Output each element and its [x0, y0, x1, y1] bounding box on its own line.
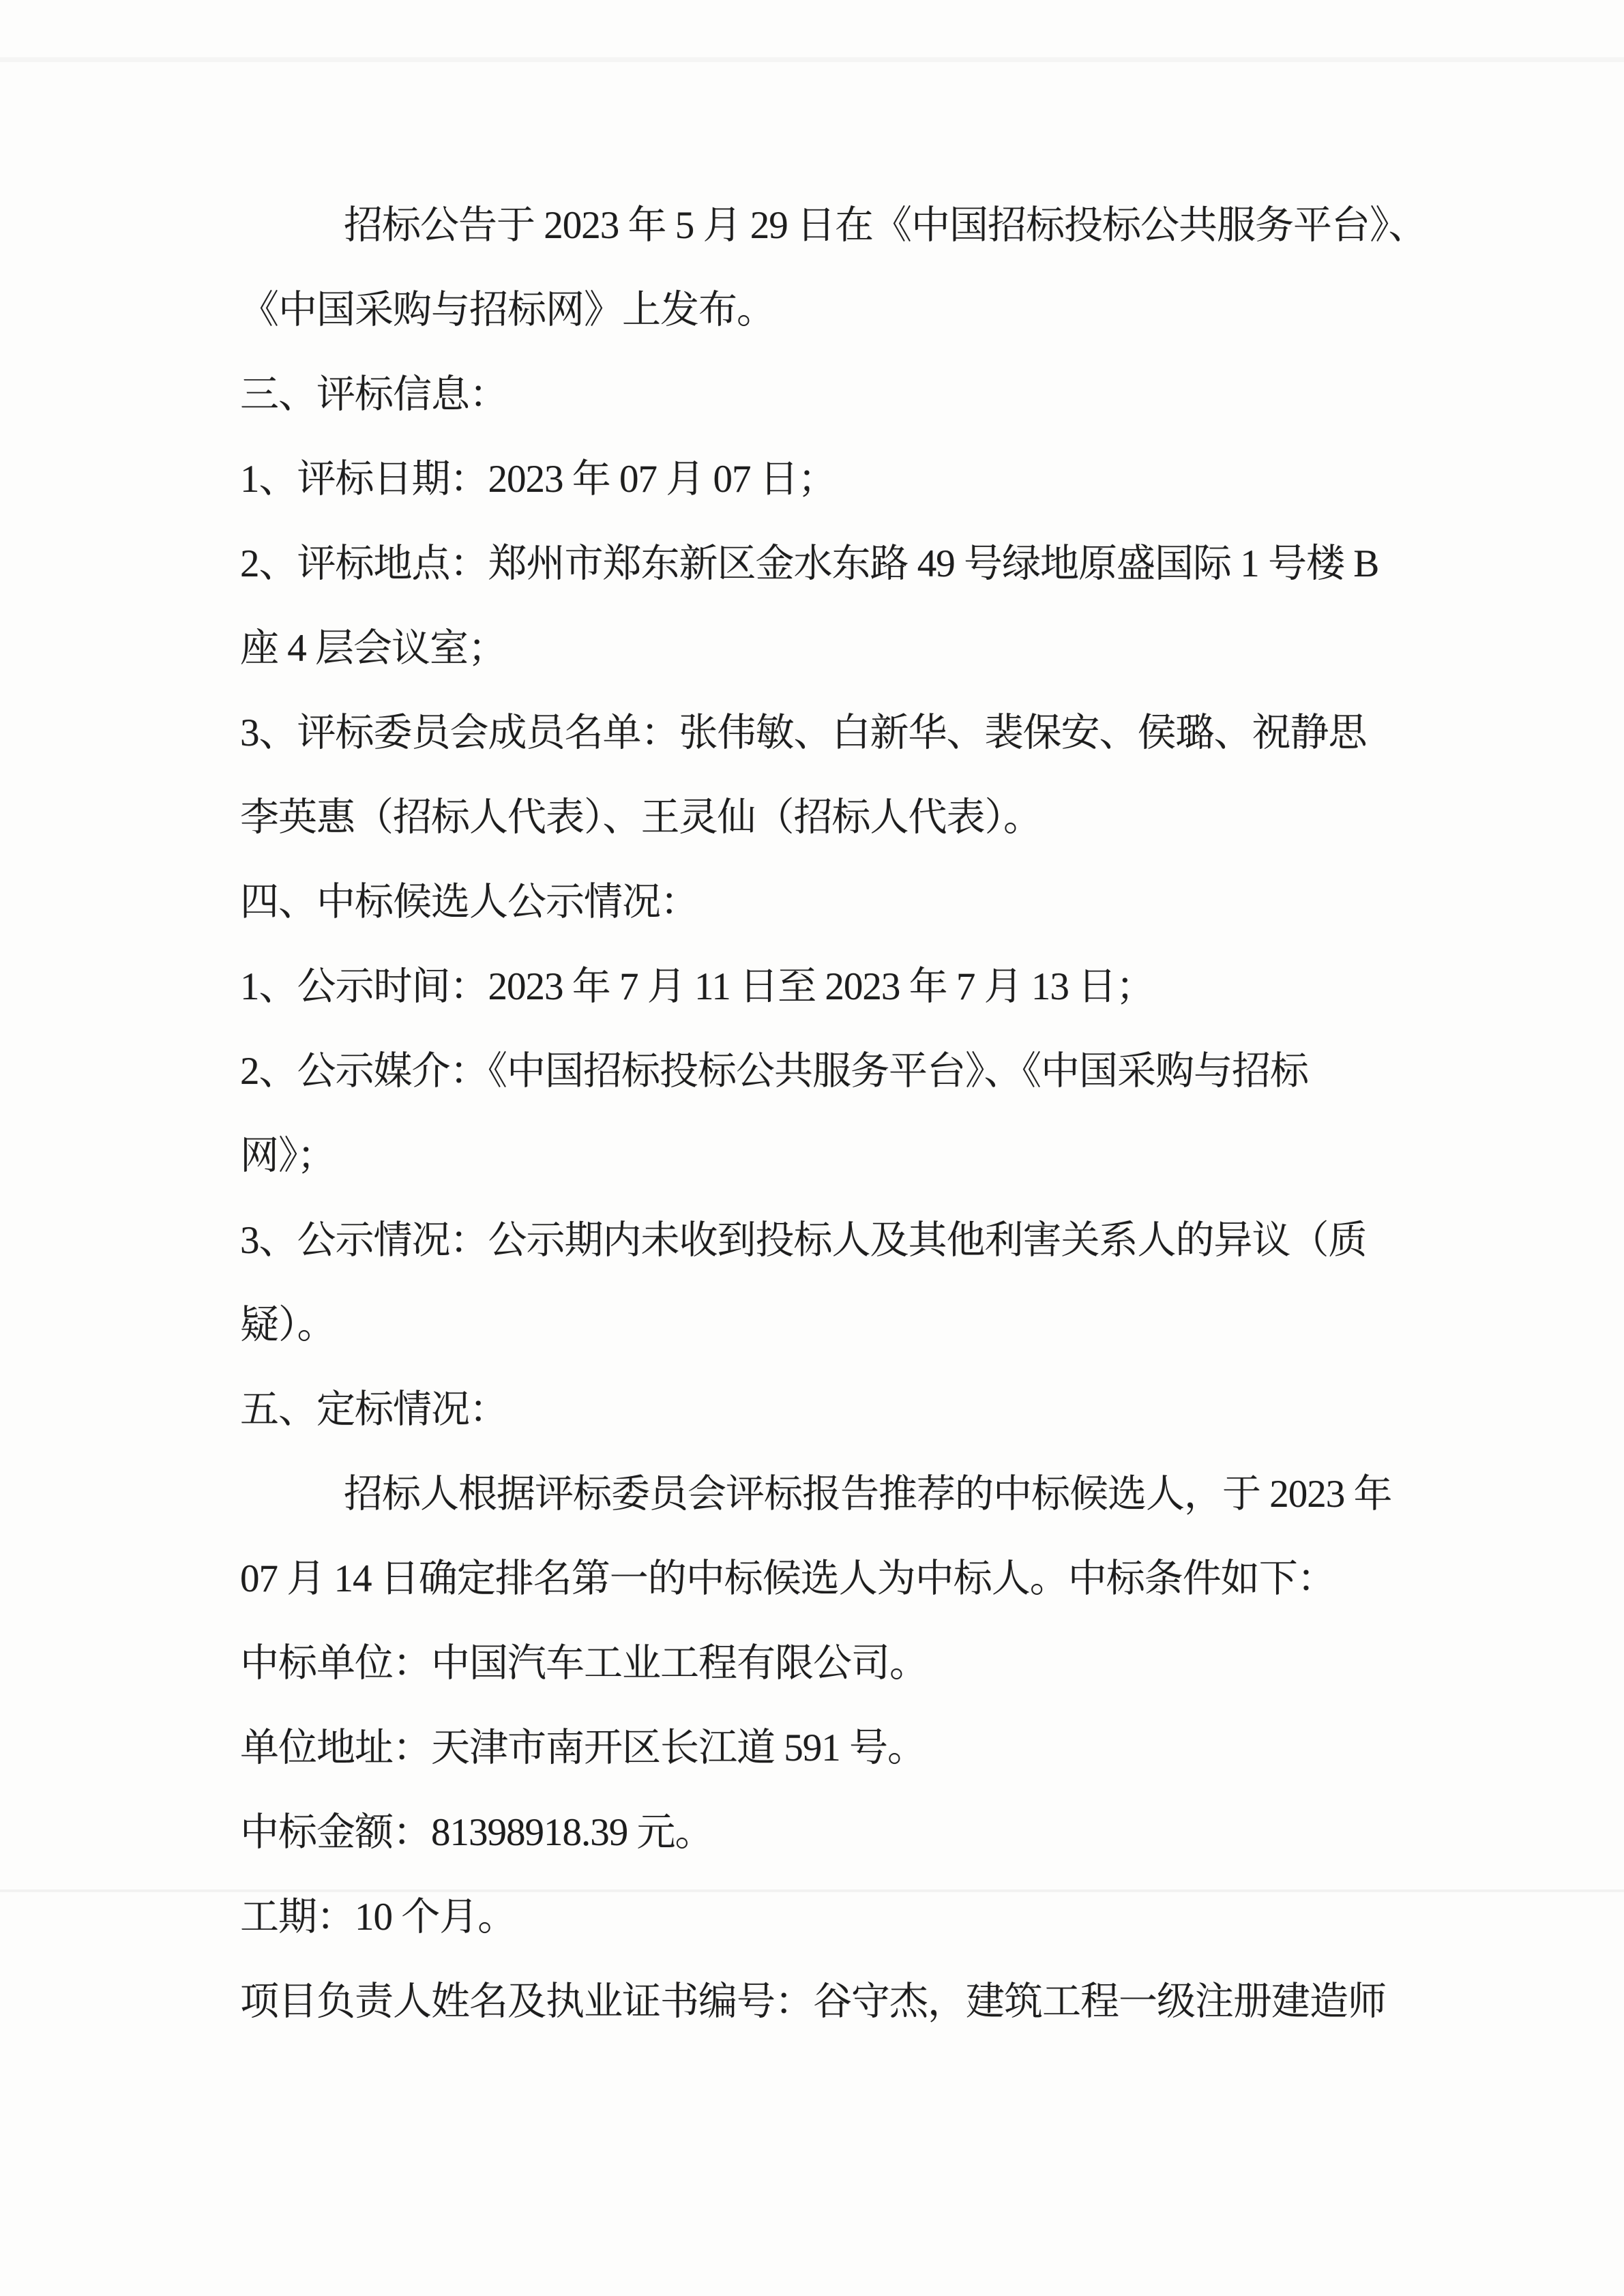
doc-line-project-manager: 项目负责人姓名及执业证书编号：谷守杰，建筑工程一级注册建造师: [240, 1960, 1413, 2044]
doc-line-evaluation-date: 1、评标日期：2023 年 07 月 07 日；: [240, 437, 1413, 522]
doc-line-committee-members-cont: 李英惠（招标人代表）、王灵仙（招标人代表）。: [240, 776, 1413, 860]
doc-line-publicity-media-cont: 网》；: [240, 1114, 1413, 1198]
document-page: 招标公告于 2023 年 5 月 29 日在《中国招标投标公共服务平台》、 《中…: [0, 0, 1624, 2296]
section-heading-3-evaluation-info: 三、评标信息：: [240, 353, 1413, 437]
doc-line-award-decision: 招标人根据评标委员会评标报告推荐的中标候选人，于 2023 年: [240, 1452, 1413, 1537]
doc-line-award-decision-cont: 07 月 14 日确定排名第一的中标候选人为中标人。中标条件如下：: [240, 1537, 1413, 1621]
doc-line-company-address: 单位地址：天津市南开区长江道 591 号。: [240, 1706, 1413, 1791]
document-text-block: 招标公告于 2023 年 5 月 29 日在《中国招标投标公共服务平台》、 《中…: [240, 183, 1413, 2044]
section-heading-4-candidate-publicity: 四、中标候选人公示情况：: [240, 860, 1413, 945]
doc-line-construction-period: 工期：10 个月。: [240, 1875, 1413, 1960]
section-heading-5-award-decision: 五、定标情况：: [240, 1368, 1413, 1452]
doc-line-publicity-time: 1、公示时间：2023 年 7 月 11 日至 2023 年 7 月 13 日；: [240, 945, 1413, 1029]
doc-line-evaluation-place: 2、评标地点：郑州市郑东新区金水东路 49 号绿地原盛国际 1 号楼 B: [240, 522, 1413, 606]
doc-line-winning-company: 中标单位：中国汽车工业工程有限公司。: [240, 1621, 1413, 1706]
doc-line-committee-members: 3、评标委员会成员名单：张伟敏、白新华、裴保安、侯璐、祝静思: [240, 691, 1413, 776]
scan-artifact-top: [0, 57, 1624, 62]
doc-line-publicity-media: 2、公示媒介：《中国招标投标公共服务平台》、《中国采购与招标: [240, 1029, 1413, 1114]
doc-line-announcement-publish: 招标公告于 2023 年 5 月 29 日在《中国招标投标公共服务平台》、: [240, 183, 1413, 268]
doc-line-announcement-publish-cont: 《中国采购与招标网》上发布。: [240, 268, 1413, 353]
doc-line-winning-amount: 中标金额：81398918.39 元。: [240, 1791, 1413, 1875]
doc-line-publicity-status: 3、公示情况：公示期内未收到投标人及其他利害关系人的异议（质: [240, 1198, 1413, 1283]
doc-line-evaluation-place-cont: 座 4 层会议室；: [240, 606, 1413, 691]
doc-line-publicity-status-cont: 疑）。: [240, 1283, 1413, 1368]
